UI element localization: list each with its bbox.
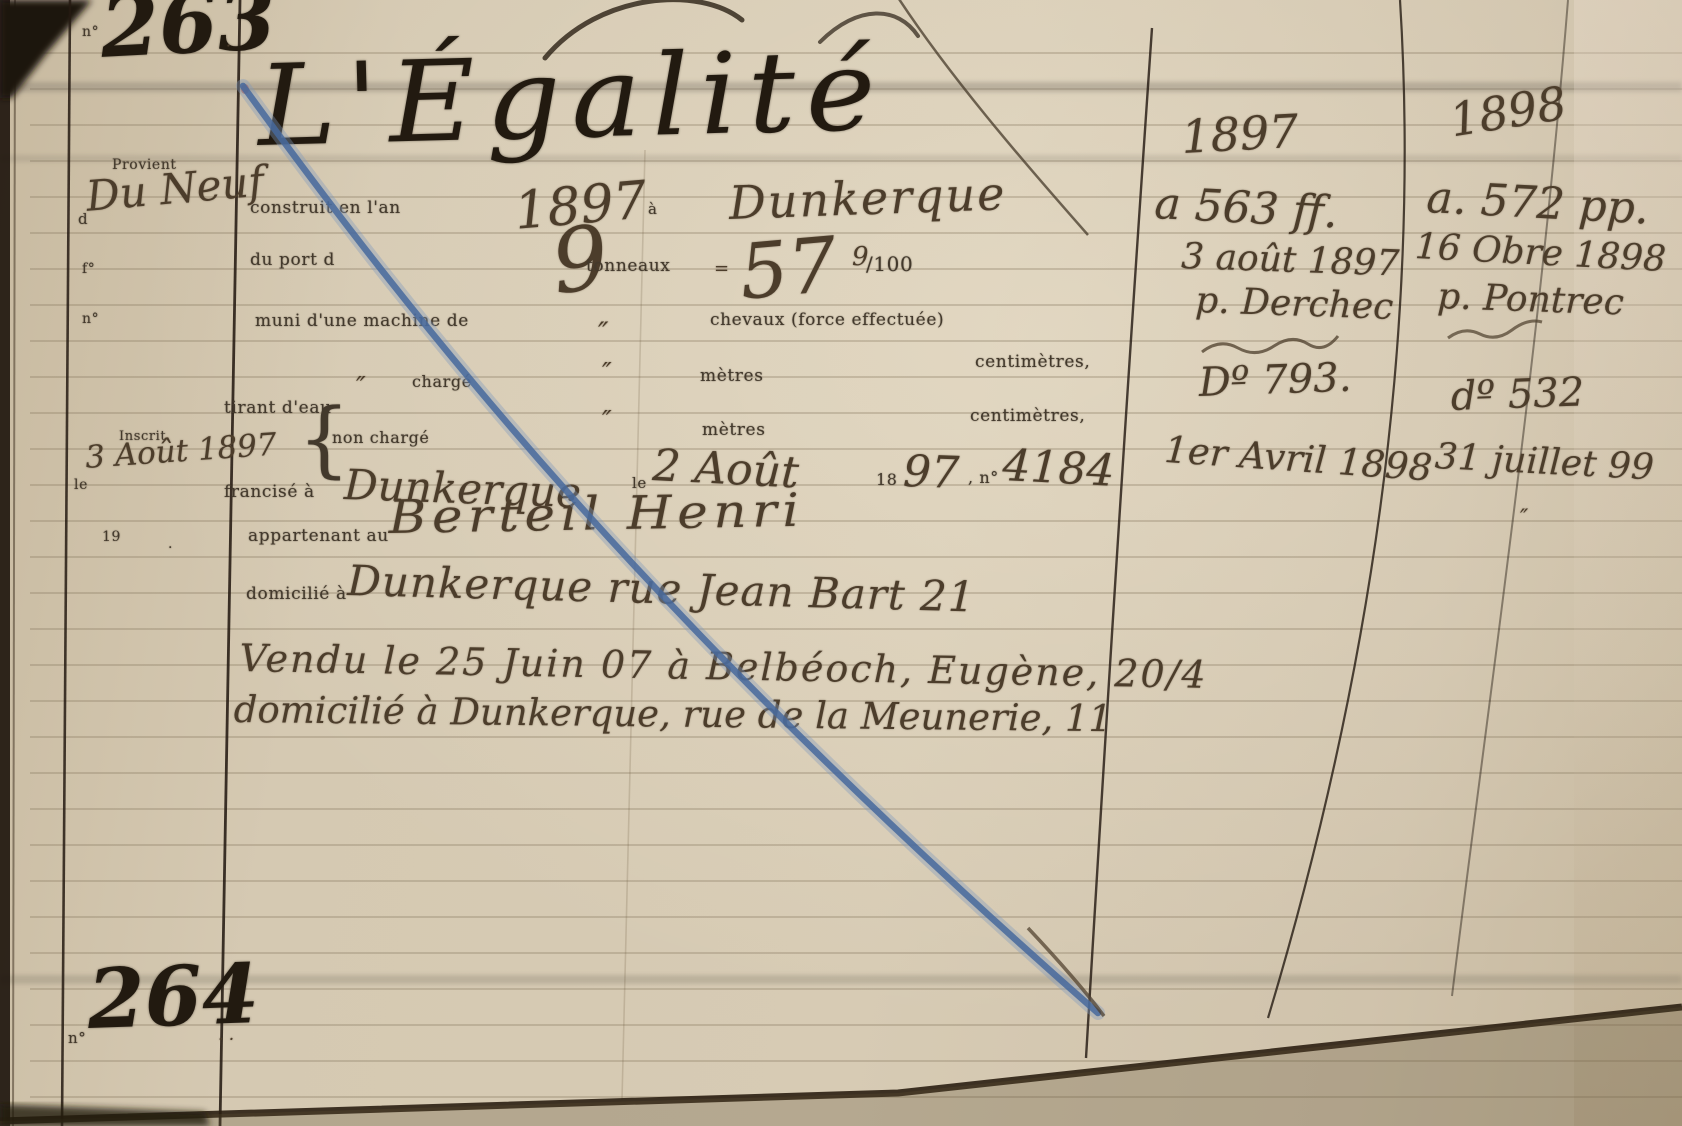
non-charge-ditto: ″	[602, 406, 612, 436]
numero-label: n°	[82, 311, 99, 327]
charge-label: chargé	[412, 372, 472, 391]
page-left-edge	[0, 0, 10, 1126]
centimetres-label-2: centimètres,	[970, 406, 1085, 426]
machine-label: muni d'une machine de	[255, 311, 469, 331]
appartenant-label: appartenant au	[248, 526, 389, 546]
record-number-bottom: 264	[86, 946, 260, 1048]
left-edge-line	[13, 0, 15, 1126]
francise-number: 4184	[1001, 440, 1116, 497]
chevaux-label: chevaux (force effectuée)	[710, 310, 944, 330]
port-label: du port d	[250, 250, 335, 270]
ship-name: L'Égalité	[256, 26, 887, 172]
column-line-c	[1086, 28, 1152, 1058]
fraction-label: /100	[866, 252, 913, 276]
tirant-ditto: ″	[356, 372, 366, 402]
construit-a-label: à	[648, 200, 658, 218]
register-page: n° 263 · Provient Du Neuf d f° n° Inscri…	[0, 0, 1682, 1126]
inscrit-le-label: le	[74, 477, 88, 493]
record-number-top: 263	[98, 0, 278, 77]
francise-siecle: 18	[876, 470, 898, 489]
record-no-label-top: n°	[82, 24, 99, 40]
tonnage-value: 57	[736, 220, 840, 317]
tonneaux-eq-mark: =	[714, 258, 729, 279]
column-line-a	[62, 0, 70, 1126]
col-1897-line-3: p. Derchec	[1195, 280, 1394, 328]
paper-crease	[622, 150, 645, 1100]
tonneaux-label: tonneaux	[586, 256, 671, 276]
francise-label: francisé à	[224, 482, 315, 502]
sale-note-line-2: domicilié à Dunkerque, rue de la Meuneri…	[234, 688, 1113, 740]
record-bottom-dots: · ·	[218, 1030, 234, 1050]
machine-ditto: ″	[598, 316, 608, 349]
col-1898-ditto-mark: ″	[1520, 506, 1528, 531]
centimetres-label-1: centimètres,	[975, 352, 1090, 372]
folio-label: f°	[82, 261, 95, 277]
inscrit-dot: .	[168, 536, 173, 552]
col-1897-line-4: Dº 793.	[1198, 355, 1352, 406]
red-speck	[241, 84, 249, 94]
corner-shadow-top-left	[0, 0, 92, 98]
metres-label-2: mètres	[702, 420, 766, 440]
construit-place: Dunkerque	[728, 166, 1007, 230]
provient-d-label: d	[78, 210, 88, 228]
domicilie-label: domicilié à	[246, 584, 347, 604]
col-1897-line-2: 3 août 1897	[1181, 236, 1401, 285]
charge-ditto: ″	[602, 358, 612, 388]
owner-name: Berteil Henri	[388, 483, 805, 544]
col-1897-line-1: a 563 ff.	[1153, 178, 1339, 239]
record-top-dot: ·	[226, 36, 231, 55]
col-1898-line-4: dº 532	[1450, 369, 1585, 420]
col-1897-year: 1897	[1180, 104, 1300, 164]
non-charge-label: non chargé	[332, 428, 430, 447]
col-1898-line-3: p. Pontrec	[1437, 276, 1625, 323]
construit-label: construit en l'an	[250, 198, 401, 218]
column-line-e	[1452, 0, 1568, 996]
francise-annee: 97	[902, 446, 960, 499]
corner-shadow-bottom-left	[0, 1104, 210, 1126]
record-no-label-bottom: n°	[68, 1029, 86, 1047]
francise-no-label: , n°	[968, 468, 999, 487]
metres-label-1: mètres	[700, 366, 764, 386]
inscrit-year-prefix: 19	[102, 529, 121, 545]
